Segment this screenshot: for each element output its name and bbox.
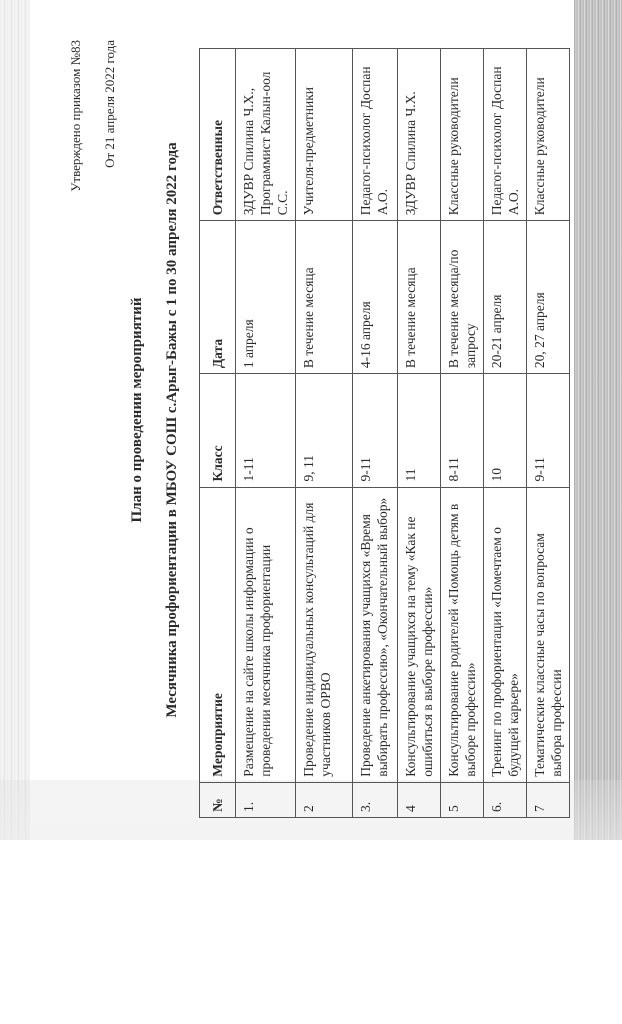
cell-event: Проведение анкетирования учащихся «Время… [353,487,398,782]
document-page: Утверждено приказом №83 От 21 апреля 202… [31,30,591,830]
approval-order: Утверждено приказом №83 [59,40,93,192]
header-date: Дата [200,221,236,374]
header-number: № [200,782,236,817]
cell-class: 10 [484,374,527,487]
cell-responsible: ЗДУВР Спилина Ч.Х. [398,49,441,221]
table-row: 2 Проведение индивидуальных консультаций… [296,49,353,818]
cell-responsible: Педагог-психолог Доспан А.О. [353,49,398,221]
cell-class: 9-11 [353,374,398,487]
cell-date: В течение месяца [296,221,353,374]
cell-number: 4 [398,782,441,817]
scan-artifact-left [0,0,30,840]
cell-number: 7 [527,782,570,817]
cell-event: Проведение индивидуальных консультаций д… [296,487,353,782]
cell-responsible: Классные руководители [527,49,570,221]
cell-event: Консультирование учащихся на тему «Как н… [398,487,441,782]
document-title: План о проведении мероприятий [129,30,146,790]
cell-number: 1. [236,782,296,817]
cell-date: В течение месяца [398,221,441,374]
cell-responsible: ЗДУВР Спилина Ч.Х., Программист Калын-оо… [236,49,296,221]
cell-date: 1 апреля [236,221,296,374]
table-row: 1. Размещение на сайте школы информации … [236,49,296,818]
cell-event: Тренинг по профориентации «Помечтаем о б… [484,487,527,782]
cell-number: 2 [296,782,353,817]
cell-event: Тематические классные часы по вопросам в… [527,487,570,782]
cell-event: Консультирование родителей «Помощь детям… [441,487,484,782]
table-row: 4 Консультирование учащихся на тему «Как… [398,49,441,818]
events-table: № Мероприятие Класс Дата Ответственные 1… [199,48,570,818]
cell-event: Размещение на сайте школы информации о п… [236,487,296,782]
header-responsible: Ответственные [200,49,236,221]
cell-class: 1-11 [236,374,296,487]
header-event: Мероприятие [200,487,236,782]
approval-date: От 21 апреля 2022 года [93,40,127,192]
table-header-row: № Мероприятие Класс Дата Ответственные [200,49,236,818]
cell-responsible: Педагог-психолог Доспан А.О. [484,49,527,221]
cell-responsible: Учителя-предметники [296,49,353,221]
titles-block: План о проведении мероприятий Месячника … [129,30,181,830]
cell-class: 9, 11 [296,374,353,487]
cell-number: 6. [484,782,527,817]
cell-class: 11 [398,374,441,487]
cell-date: В течение месяца/по запросу [441,221,484,374]
approval-block: Утверждено приказом №83 От 21 апреля 202… [59,40,127,192]
cell-date: 4-16 апреля [353,221,398,374]
cell-class: 8-11 [441,374,484,487]
cell-responsible: Классные руководители [441,49,484,221]
table-row: 7 Тематические классные часы по вопросам… [527,49,570,818]
cell-date: 20-21 апреля [484,221,527,374]
cell-number: 3. [353,782,398,817]
table-row: 5 Консультирование родителей «Помощь дет… [441,49,484,818]
cell-number: 5 [441,782,484,817]
table-row: 3. Проведение анкетирования учащихся «Вр… [353,49,398,818]
header-class: Класс [200,374,236,487]
table-row: 6. Тренинг по профориентации «Помечтаем … [484,49,527,818]
cell-class: 9-11 [527,374,570,487]
cell-date: 20, 27 апреля [527,221,570,374]
document-subtitle: Месячника профориентации в МБОУ СОШ с.Ар… [164,30,181,830]
